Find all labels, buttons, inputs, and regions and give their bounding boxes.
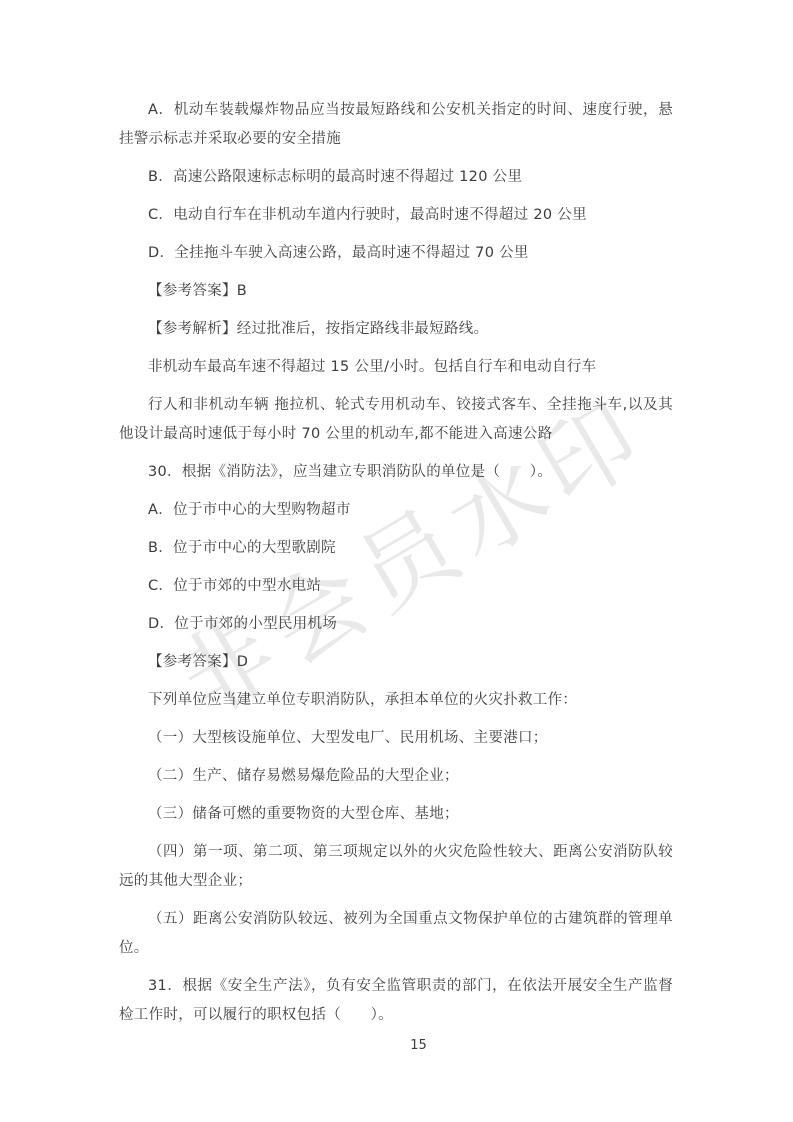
document-page: 非会员水印 A．机动车装载爆炸物品应当按最短路线和公安机关指定的时间、速度行驶，… bbox=[0, 0, 793, 1122]
q30-explanation-item-5: （五）距离公安消防队较远、被列为全国重点文物保护单位的古建筑群的管理单位。 bbox=[119, 905, 673, 963]
q30-explanation-item-3: （三）储备可燃的重要物资的大型仓库、基地； bbox=[119, 800, 673, 829]
q29-reference-answer: 【参考答案】B bbox=[119, 277, 673, 306]
document-content: A．机动车装载爆炸物品应当按最短路线和公安机关指定的时间、速度行驶，悬挂警示标志… bbox=[119, 96, 673, 1039]
question-31: 31．根据《安全生产法》，负有安全监管职责的部门，在依法开展安全生产监督检工作时… bbox=[119, 972, 673, 1030]
q29-analysis-note-2: 行人和非机动车辆 拖拉机、轮式专用机动车、铰接式客车、全挂拖斗车,以及其他设计最… bbox=[119, 391, 673, 449]
q30-option-a: A．位于市中心的大型购物超市 bbox=[119, 496, 673, 525]
q30-option-d: D．位于市郊的小型民用机场 bbox=[119, 610, 673, 639]
page-number: 15 bbox=[410, 1038, 427, 1053]
q30-explanation-item-2: （二）生产、储存易燃易爆危险品的大型企业； bbox=[119, 762, 673, 791]
q30-option-c: C．位于市郊的中型水电站 bbox=[119, 572, 673, 601]
q30-reference-answer: 【参考答案】D bbox=[119, 648, 673, 677]
q30-explanation-item-1: （一）大型核设施单位、大型发电厂、民用机场、主要港口； bbox=[119, 724, 673, 753]
q30-option-b: B．位于市中心的大型歌剧院 bbox=[119, 534, 673, 563]
q29-option-d: D．全挂拖斗车驶入高速公路，最高时速不得超过 70 公里 bbox=[119, 239, 673, 268]
question-30: 30．根据《消防法》，应当建立专职消防队的单位是（ ）。 bbox=[119, 458, 673, 487]
q29-reference-analysis: 【参考解析】经过批准后，按指定路线非最短路线。 bbox=[119, 315, 673, 344]
q29-option-c: C．电动自行车在非机动车道内行驶时，最高时速不得超过 20 公里 bbox=[119, 201, 673, 230]
q30-explanation-item-4: （四）第一项、第二项、第三项规定以外的火灾危险性较大、距离公安消防队较远的其他大… bbox=[119, 838, 673, 896]
q29-analysis-note-1: 非机动车最高车速不得超过 15 公里/小时。包括自行车和电动自行车 bbox=[119, 353, 673, 382]
q29-option-b: B．高速公路限速标志标明的最高时速不得超过 120 公里 bbox=[119, 163, 673, 192]
q29-option-a: A．机动车装载爆炸物品应当按最短路线和公安机关指定的时间、速度行驶，悬挂警示标志… bbox=[119, 96, 673, 154]
q30-explanation-intro: 下列单位应当建立单位专职消防队，承担本单位的火灾扑救工作： bbox=[119, 686, 673, 715]
